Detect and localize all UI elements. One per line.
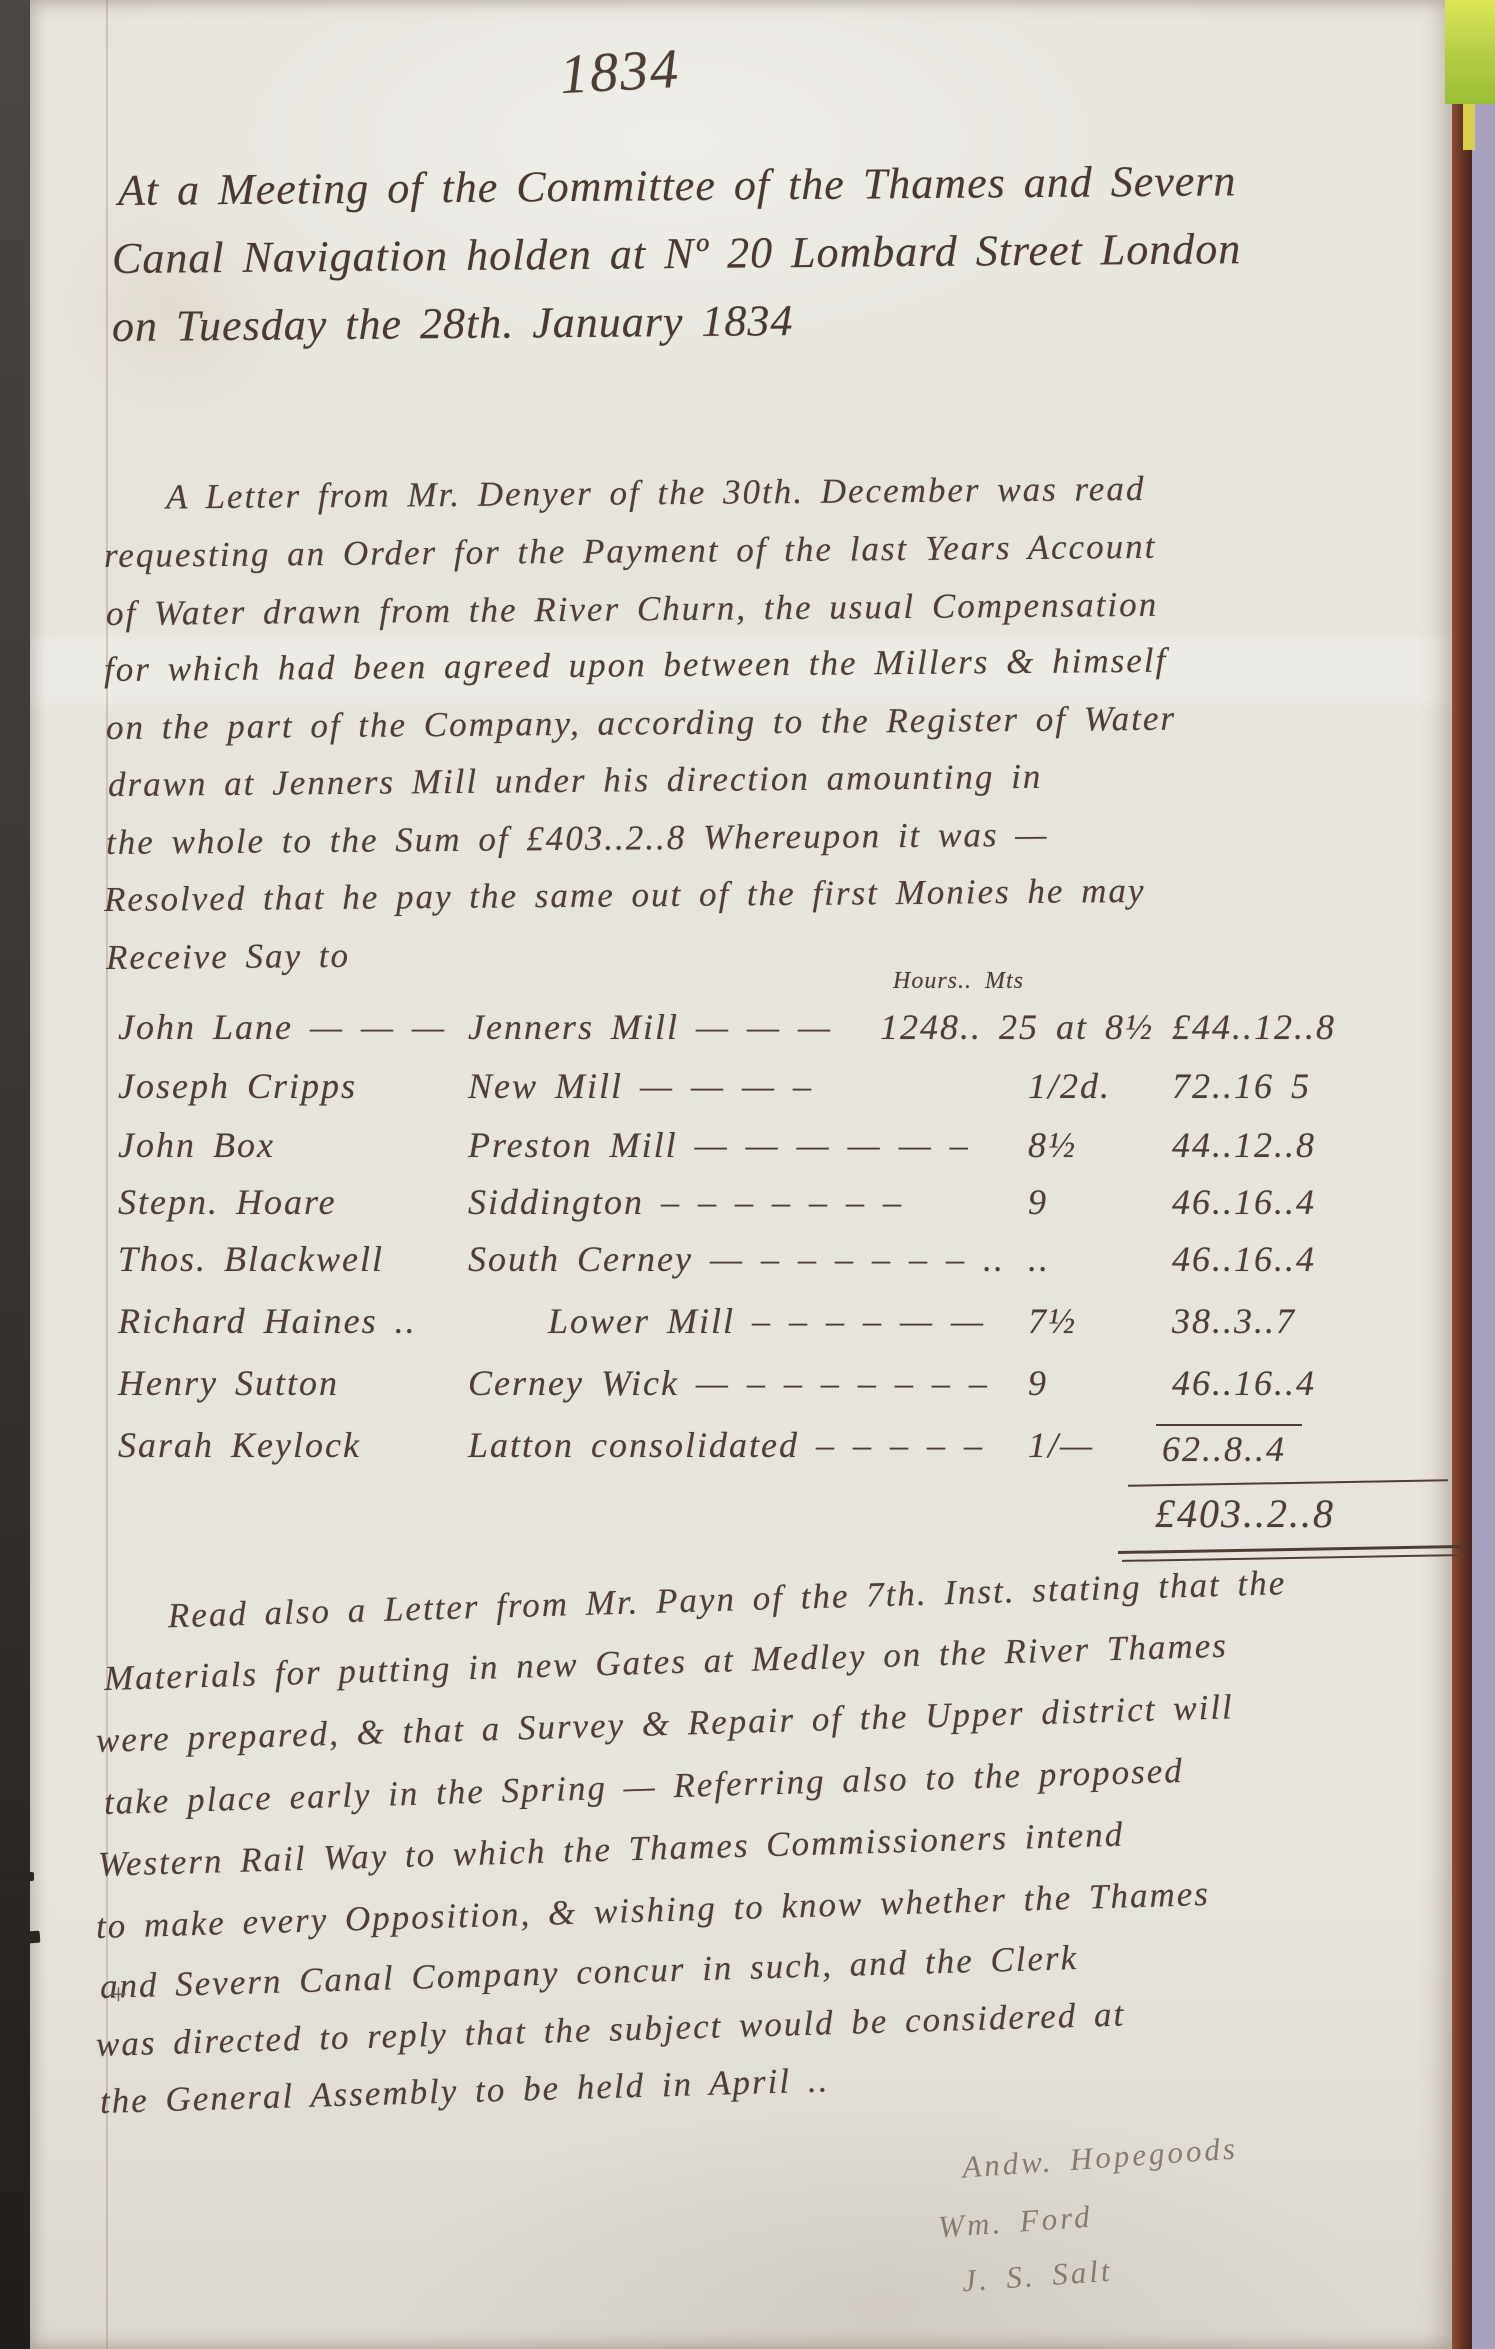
mill-name: Latton consolidated – – – – – bbox=[468, 1424, 984, 1466]
payee-name: Richard Haines .. bbox=[118, 1300, 417, 1342]
amount-value: 46..16..4 bbox=[1172, 1238, 1316, 1280]
body-line: the whole to the Sum of £403..2..8 Where… bbox=[106, 815, 1049, 863]
ledger-row: Sarah Keylock Latton consolidated – – – … bbox=[0, 1424, 1460, 1484]
scan-smudge bbox=[0, 1872, 34, 1881]
hours-value: 1/2d. bbox=[1028, 1065, 1111, 1107]
green-bookmark-corner bbox=[1445, 0, 1495, 104]
amount-value: 72..16 5 bbox=[1172, 1065, 1311, 1107]
ledger-row: Henry Sutton Cerney Wick — – – – – – – –… bbox=[0, 1362, 1460, 1422]
pencil-cross-mark: + bbox=[110, 1978, 127, 2012]
amount-value: £44..12..8 bbox=[1172, 1006, 1336, 1048]
amount-value: 44..12..8 bbox=[1172, 1124, 1316, 1166]
scanned-minute-book-page: 1834 At a Meeting of the Committee of th… bbox=[0, 0, 1495, 2349]
mill-name: Lower Mill – – – – — — bbox=[548, 1300, 985, 1342]
payee-name: John Lane — — — bbox=[118, 1006, 446, 1048]
heading-line: At a Meeting of the Committee of the Tha… bbox=[118, 155, 1237, 216]
scan-smudge bbox=[0, 1896, 20, 1903]
body-line: Receive Say to bbox=[106, 936, 350, 978]
mill-name: Preston Mill — — — — — – bbox=[468, 1124, 970, 1166]
payee-name: Thos. Blackwell bbox=[118, 1238, 384, 1280]
heading-line: Canal Navigation holden at Nº 20 Lombard… bbox=[112, 223, 1242, 284]
amount-value: 62..8..4 bbox=[1156, 1424, 1302, 1470]
payee-name: John Box bbox=[118, 1124, 275, 1166]
hours-value: 9 bbox=[1028, 1362, 1048, 1404]
ledger-row: Thos. Blackwell South Cerney — – – – – –… bbox=[0, 1238, 1460, 1298]
amount-value: 38..3..7 bbox=[1172, 1300, 1296, 1342]
ledger-row: Joseph Cripps New Mill — — — – 1/2d. 72.… bbox=[0, 1065, 1460, 1125]
mill-name: South Cerney — – – – – – – .. bbox=[468, 1238, 1005, 1280]
amount-value: 46..16..4 bbox=[1172, 1181, 1316, 1223]
ledger-row: Stepn. Hoare Siddington – – – – – – – 9 … bbox=[0, 1181, 1460, 1241]
mill-name: Jenners Mill — — — bbox=[468, 1006, 832, 1048]
mill-name: Cerney Wick — – – – – – – – bbox=[468, 1362, 989, 1404]
body-line: drawn at Jenners Mill under his directio… bbox=[108, 757, 1043, 805]
table-column-header: Hours.. Mts bbox=[893, 968, 1024, 995]
payee-name: Sarah Keylock bbox=[118, 1424, 361, 1466]
ledger-row: John Lane — — — Jenners Mill — — — 1248.… bbox=[0, 1006, 1460, 1066]
payee-name: Henry Sutton bbox=[118, 1362, 339, 1404]
payee-name: Stepn. Hoare bbox=[118, 1181, 337, 1223]
hours-value: .. bbox=[1028, 1238, 1050, 1280]
ledger-row: John Box Preston Mill — — — — — – 8½ 44.… bbox=[0, 1124, 1460, 1184]
hours-value: 7½ bbox=[1028, 1300, 1077, 1342]
year-heading: 1834 bbox=[558, 37, 681, 107]
table-total: £403..2..8 bbox=[1155, 1490, 1335, 1537]
hours-value: 9 bbox=[1028, 1181, 1048, 1223]
yellow-page-sliver bbox=[1463, 104, 1475, 150]
heading-line: on Tuesday the 28th. January 1834 bbox=[112, 295, 794, 352]
hours-value: 8½ bbox=[1028, 1124, 1077, 1166]
amount-value: 46..16..4 bbox=[1172, 1362, 1316, 1404]
hours-value: 1248.. 25 at 8½ bbox=[880, 1006, 1154, 1048]
mill-name: New Mill — — — – bbox=[468, 1065, 813, 1107]
payee-name: Joseph Cripps bbox=[118, 1065, 357, 1107]
ledger-row: Richard Haines .. Lower Mill – – – – — —… bbox=[0, 1300, 1460, 1360]
mill-name: Siddington – – – – – – – bbox=[468, 1181, 903, 1223]
hours-value: 1/— bbox=[1028, 1424, 1094, 1466]
